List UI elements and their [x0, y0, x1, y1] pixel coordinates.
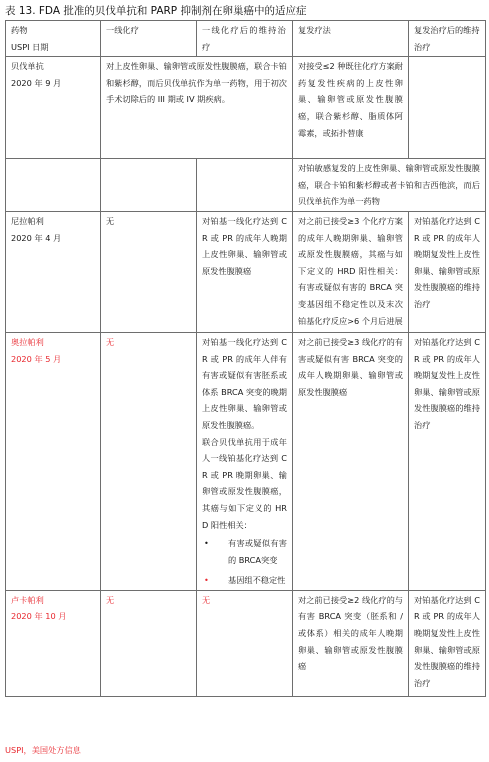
- list-item: • 有害或疑似有害的 BRCA突变: [202, 535, 287, 568]
- cell-first-line-maintenance: 对铂基一线化疗达到 CR 或 PR 的成年人晚期上皮性卵巢、输卵管或原发性腹膜癌: [197, 211, 293, 332]
- cell-drug: 贝伐单抗 2020 年 9 月: [6, 57, 101, 159]
- hrd-criteria-list: • 有害或疑似有害的 BRCA突变 • 基因组不稳定性: [202, 535, 287, 589]
- drug-date: 2020 年 10 月: [11, 608, 95, 625]
- cell-recurrent-maintenance: [409, 57, 486, 159]
- table-header-row: 药物 USPI 日期 一线化疗 一线化疗后的维持治疗 复发疗法 复发治疗后的维持…: [6, 21, 486, 57]
- cell-drug: 卢卡帕利 2020 年 10 月: [6, 590, 101, 696]
- bullet-icon: •: [204, 535, 209, 552]
- cell-drug: 尼拉帕利 2020 年 4 月: [6, 211, 101, 332]
- cell-recurrent-combined: 对铂敏感复发的上皮性卵巢、输卵管或原发性腹膜癌，联合卡铂和紫杉醇或者卡铂和吉西他…: [293, 159, 486, 212]
- cell-recurrent: 对之前已接受≥3 线化疗的有害或疑似有害 BRCA 突变的成年人晚期卵巢、输卵管…: [293, 332, 409, 590]
- table-row: 尼拉帕利 2020 年 4 月 无 对铂基一线化疗达到 CR 或 PR 的成年人…: [6, 211, 486, 332]
- cell-first-line-maintenance: 对铂基一线化疗达到 CR 或 PR 的成年人伴有有害或疑似有害胚系或体系 BRC…: [197, 332, 293, 590]
- header-first-line-maintenance: 一线化疗后的维持治疗: [197, 21, 293, 57]
- cell-first-line: 无: [101, 590, 197, 696]
- maintenance-paragraph-1: 对铂基一线化疗达到 CR 或 PR 的成年人伴有有害或疑似有害胚系或体系 BRC…: [202, 334, 287, 434]
- cell-first-line-maintenance: [197, 159, 293, 212]
- cell-first-line-maintenance: 无: [197, 590, 293, 696]
- drug-name: 贝伐单抗: [11, 58, 95, 75]
- drug-date: 2020 年 5 月: [11, 351, 95, 368]
- cell-recurrent: 对之前已接受≥2 线化疗的与有害 BRCA 突变（胚系和 / 或体系）相关的成年…: [293, 590, 409, 696]
- header-drug: 药物 USPI 日期: [6, 21, 101, 57]
- cell-first-line-combined: 对上皮性卵巢、输卵管或原发性腹膜癌，联合卡铂和紫杉醇，而后贝伐单抗作为单一药物，…: [101, 57, 293, 159]
- cell-first-line: 无: [101, 211, 197, 332]
- drug-date: 2020 年 9 月: [11, 75, 95, 92]
- cell-recurrent-maintenance: 对铂基化疗达到 CR 或 PR 的成年人晚期复发性上皮性卵巢、输卵管或原发性腹膜…: [409, 590, 486, 696]
- bullet-text: 有害或疑似有害的 BRCA突变: [228, 538, 287, 565]
- cell-first-line: 无: [101, 332, 197, 590]
- header-drug-label: 药物: [11, 22, 95, 39]
- bullet-text: 基因组不稳定性: [228, 575, 285, 585]
- cell-drug: [6, 159, 101, 212]
- drug-name: 奥拉帕利: [11, 334, 95, 351]
- table-caption: 表 13. FDA 批准的贝伐单抗和 PARP 抑制剂在卵巢癌中的适应症: [5, 4, 306, 18]
- indications-table: 药物 USPI 日期 一线化疗 一线化疗后的维持治疗 复发疗法 复发治疗后的维持…: [5, 20, 486, 697]
- maintenance-paragraph-2: 联合贝伐单抗用于成年人一线铂基化疗达到 CR 或 PR 晚期卵巢、输卵管或原发性…: [202, 434, 287, 534]
- table-row: 对铂敏感复发的上皮性卵巢、输卵管或原发性腹膜癌，联合卡铂和紫杉醇或者卡铂和吉西他…: [6, 159, 486, 212]
- list-item: • 基因组不稳定性: [202, 572, 287, 589]
- drug-name: 卢卡帕利: [11, 592, 95, 609]
- footnote: USPI，美国处方信息: [5, 744, 81, 756]
- drug-date: 2020 年 4 月: [11, 230, 95, 247]
- header-recurrent: 复发疗法: [293, 21, 409, 57]
- cell-recurrent-maintenance: 对铂基化疗达到 CR 或 PR 的成年人晚期复发性上皮性卵巢、输卵管或原发性腹膜…: [409, 332, 486, 590]
- table-row: 贝伐单抗 2020 年 9 月 对上皮性卵巢、输卵管或原发性腹膜癌，联合卡铂和紫…: [6, 57, 486, 159]
- bullet-icon: •: [204, 572, 209, 589]
- header-first-line: 一线化疗: [101, 21, 197, 57]
- drug-name: 尼拉帕利: [11, 213, 95, 230]
- cell-recurrent-maintenance: 对铂基化疗达到 CR 或 PR 的成年人晚期复发性上皮性卵巢、输卵管或原发性腹膜…: [409, 211, 486, 332]
- table-row: 奥拉帕利 2020 年 5 月 无 对铂基一线化疗达到 CR 或 PR 的成年人…: [6, 332, 486, 590]
- cell-recurrent: 对之前已接受≥3 个化疗方案的成年人晚期卵巢、输卵管或原发性腹膜癌，其癌与如下定…: [293, 211, 409, 332]
- cell-drug: 奥拉帕利 2020 年 5 月: [6, 332, 101, 590]
- header-date-label: USPI 日期: [11, 39, 95, 56]
- cell-recurrent: 对接受≤2 种既往化疗方案耐药复发性疾病的上皮性卵巢、输卵管或原发性腹膜癌，联合…: [293, 57, 409, 159]
- table-row: 卢卡帕利 2020 年 10 月 无 无 对之前已接受≥2 线化疗的与有害 BR…: [6, 590, 486, 696]
- header-recurrent-maintenance: 复发治疗后的维持治疗: [409, 21, 486, 57]
- cell-first-line: [101, 159, 197, 212]
